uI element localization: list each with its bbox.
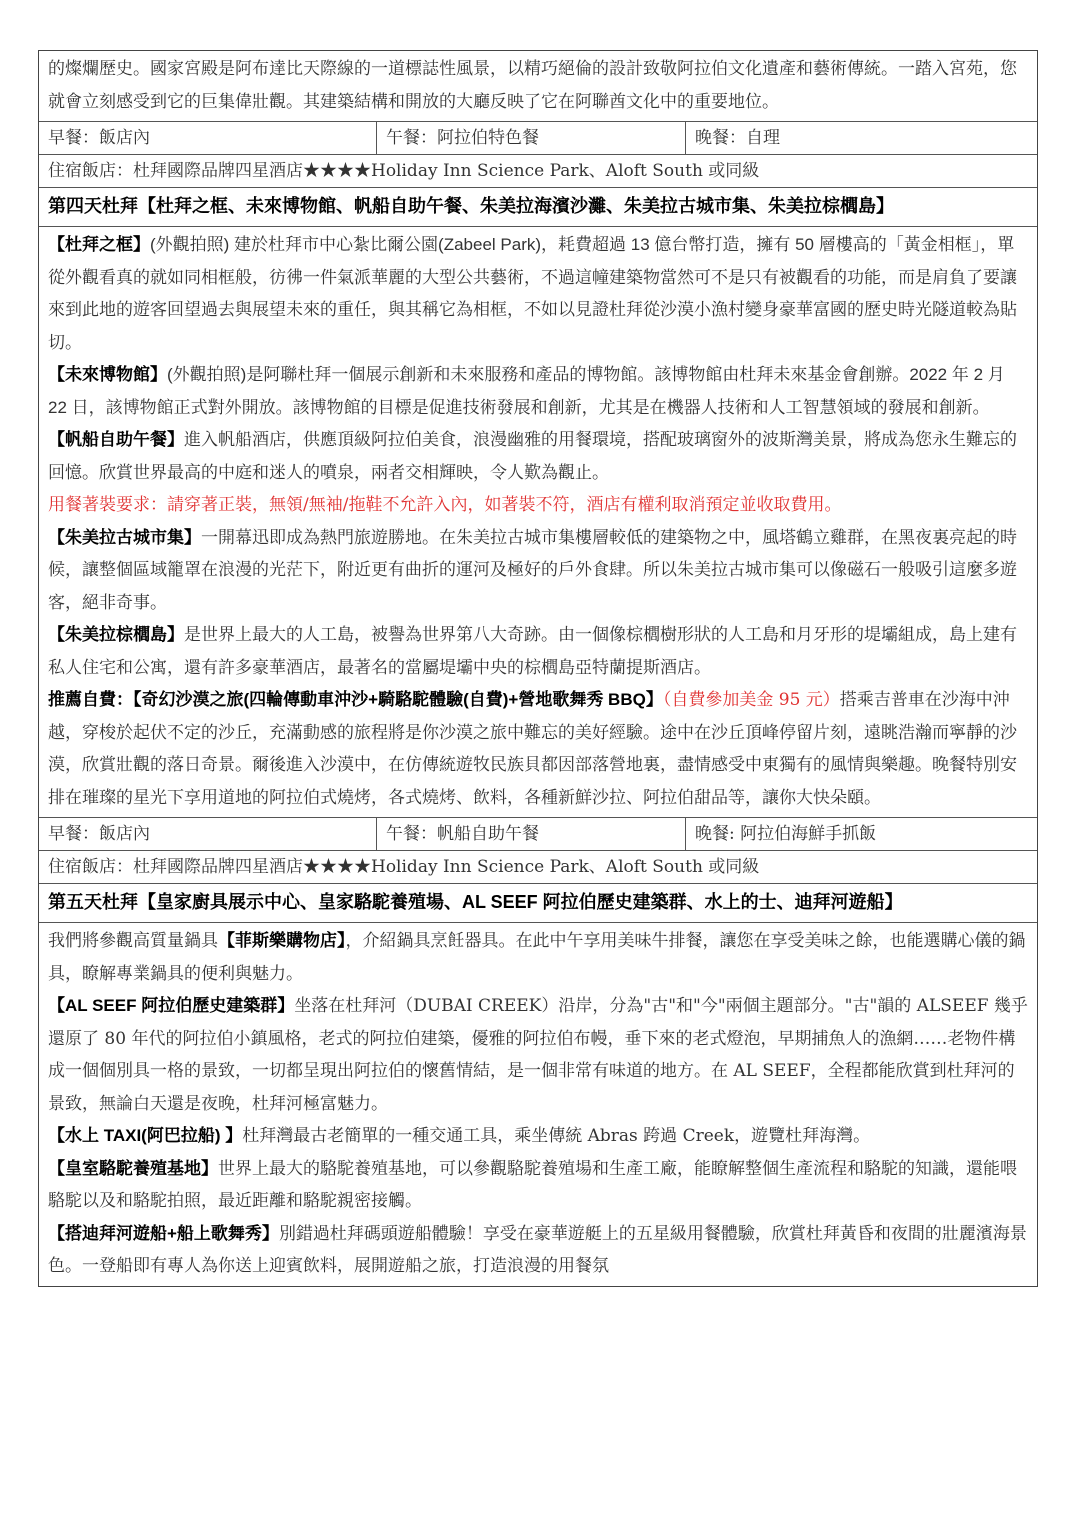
section-heading: 【帆船自助午餐】 <box>48 430 184 449</box>
section-heading: 【朱美拉古城市集】 <box>48 528 201 547</box>
section-body: (外觀拍照) 建於杜拜市中心紮比爾公園(Zabeel Park)，耗費超過 13… <box>48 235 1017 352</box>
dinner-cell: 晚餐：自理 <box>686 122 1037 154</box>
section-heading: 【水上 TAXI(阿巴拉船) 】 <box>48 1126 242 1145</box>
day5-title: 第五天杜拜【皇家廚具展示中心、皇家駱駝養殖場、AL SEEF 阿拉伯歷史建築群、… <box>39 884 1037 922</box>
day3-description: 的燦爛歷史。國家宮殿是阿布達比天際線的一道標誌性風景，以精巧絕倫的設計致敬阿拉伯… <box>39 51 1037 121</box>
section-camel-farm: 【皇室駱駝養殖基地】世界上最大的駱駝養殖基地，可以參觀駱駝養殖場和生產工廠，能瞭… <box>48 1153 1028 1218</box>
section-body: 進入帆船酒店，供應頂級阿拉伯美食，浪漫幽雅的用餐環境，搭配玻璃窗外的波斯灣美景，… <box>48 430 1017 483</box>
day4-content: 【杜拜之框】(外觀拍照) 建於杜拜市中心紮比爾公園(Zabeel Park)，耗… <box>39 227 1037 817</box>
section-heading: 【杜拜之框】 <box>48 235 150 254</box>
section-burj-buffet: 【帆船自助午餐】進入帆船酒店，供應頂級阿拉伯美食，浪漫幽雅的用餐環境，搭配玻璃窗… <box>48 424 1028 489</box>
hotel-info: 住宿飯店：杜拜國際品牌四星酒店★★★★Holiday Inn Science P… <box>39 851 1037 883</box>
optional-tour-label: 推薦自費：【奇幻沙漠之旅(四輪傳動車沖沙+騎駱駝體驗(自費)+營地歌舞秀 BBQ… <box>48 690 663 709</box>
day4-meals-row: 早餐：飯店內 午餐：帆船自助午餐 晚餐: 阿拉伯海鮮手抓飯 <box>39 817 1037 850</box>
intro-pre: 我們將參觀高質量鍋具 <box>48 931 218 951</box>
section-museum-of-future: 【未來博物館】(外觀拍照)是阿聯杜拜一個展示創新和未來服務和產品的博物館。該博物… <box>48 359 1028 424</box>
day5-content-row: 我們將參觀高質量鍋具【菲斯樂購物店】，介紹鍋具烹飪器具。在此中午享用美味牛排餐，… <box>39 922 1037 1286</box>
section-palm-jumeirah: 【朱美拉棕櫚島】是世界上最大的人工島，被譽為世界第八大奇跡。由一個像棕櫚樹形狀的… <box>48 619 1028 684</box>
section-heading: 【搭迪拜河遊船+船上歌舞秀】 <box>48 1224 279 1243</box>
section-water-taxi: 【水上 TAXI(阿巴拉船) 】杜拜灣最古老簡單的一種交通工具，乘坐傳統 Abr… <box>48 1120 1028 1153</box>
section-heading: 【朱美拉棕櫚島】 <box>48 625 184 644</box>
section-cookware-shop: 我們將參觀高質量鍋具【菲斯樂購物店】，介紹鍋具烹飪器具。在此中午享用美味牛排餐，… <box>48 925 1028 990</box>
dress-code-notice: 用餐著裝要求：請穿著正裝，無領/無袖/拖鞋不允許入內，如著裝不符，酒店有權利取消… <box>48 489 1028 522</box>
section-dubai-frame: 【杜拜之框】(外觀拍照) 建於杜拜市中心紮比爾公園(Zabeel Park)，耗… <box>48 229 1028 359</box>
day4-title: 第四天杜拜【杜拜之框、未來博物館、帆船自助午餐、朱美拉海濱沙灘、朱美拉古城市集、… <box>39 188 1037 226</box>
section-creek-cruise: 【搭迪拜河遊船+船上歌舞秀】別錯過杜拜碼頭遊船體驗！享受在豪華遊艇上的五星級用餐… <box>48 1218 1028 1283</box>
day4-content-row: 【杜拜之框】(外觀拍照) 建於杜拜市中心紮比爾公園(Zabeel Park)，耗… <box>39 226 1037 817</box>
dinner-cell: 晚餐: 阿拉伯海鮮手抓飯 <box>686 818 1037 850</box>
day5-content: 我們將參觀高質量鍋具【菲斯樂購物店】，介紹鍋具烹飪器具。在此中午享用美味牛排餐，… <box>39 923 1037 1286</box>
itinerary-table: 的燦爛歷史。國家宮殿是阿布達比天際線的一道標誌性風景，以精巧絕倫的設計致敬阿拉伯… <box>38 50 1038 1287</box>
day4-title-row: 第四天杜拜【杜拜之框、未來博物館、帆船自助午餐、朱美拉海濱沙灘、朱美拉古城市集、… <box>39 187 1037 226</box>
breakfast-cell: 早餐：飯店內 <box>39 122 377 154</box>
section-heading: 【菲斯樂購物店】 <box>218 931 346 950</box>
section-heading: 【AL SEEF 阿拉伯歷史建築群】 <box>48 996 294 1015</box>
day4-hotel-row: 住宿飯店：杜拜國際品牌四星酒店★★★★Holiday Inn Science P… <box>39 850 1037 883</box>
section-souk-madinat: 【朱美拉古城市集】一開幕迅即成為熱門旅遊勝地。在朱美拉古城市集樓層較低的建築物之… <box>48 522 1028 620</box>
lunch-cell: 午餐：阿拉伯特色餐 <box>377 122 686 154</box>
lunch-cell: 午餐：帆船自助午餐 <box>377 818 686 850</box>
day5-title-row: 第五天杜拜【皇家廚具展示中心、皇家駱駝養殖場、AL SEEF 阿拉伯歷史建築群、… <box>39 883 1037 922</box>
optional-tour: 推薦自費：【奇幻沙漠之旅(四輪傳動車沖沙+騎駱駝體驗(自費)+營地歌舞秀 BBQ… <box>48 684 1028 814</box>
section-heading: 【皇室駱駝養殖基地】 <box>48 1159 218 1178</box>
section-heading: 【未來博物館】 <box>48 365 167 384</box>
section-body: (外觀拍照)是阿聯杜拜一個展示創新和未來服務和產品的博物館。該博物館由杜拜未來基… <box>48 365 1005 417</box>
day3-hotel-row: 住宿飯店：杜拜國際品牌四星酒店★★★★Holiday Inn Science P… <box>39 154 1037 187</box>
day3-meals-row: 早餐：飯店內 午餐：阿拉伯特色餐 晚餐：自理 <box>39 121 1037 154</box>
section-body: 杜拜灣最古老簡單的一種交通工具，乘坐傳統 Abras 跨過 Creek，遊覽杜拜… <box>242 1126 870 1146</box>
section-al-seef: 【AL SEEF 阿拉伯歷史建築群】坐落在杜拜河（DUBAI CREEK）沿岸，… <box>48 990 1028 1120</box>
hotel-info: 住宿飯店：杜拜國際品牌四星酒店★★★★Holiday Inn Science P… <box>39 155 1037 187</box>
breakfast-cell: 早餐：飯店內 <box>39 818 377 850</box>
day3-description-row: 的燦爛歷史。國家宮殿是阿布達比天際線的一道標誌性風景，以精巧絕倫的設計致敬阿拉伯… <box>39 51 1037 121</box>
optional-tour-price: （自費參加美金 95 元） <box>663 690 840 710</box>
section-body: 是世界上最大的人工島，被譽為世界第八大奇跡。由一個像棕櫚樹形狀的人工島和月牙形的… <box>48 625 1017 678</box>
